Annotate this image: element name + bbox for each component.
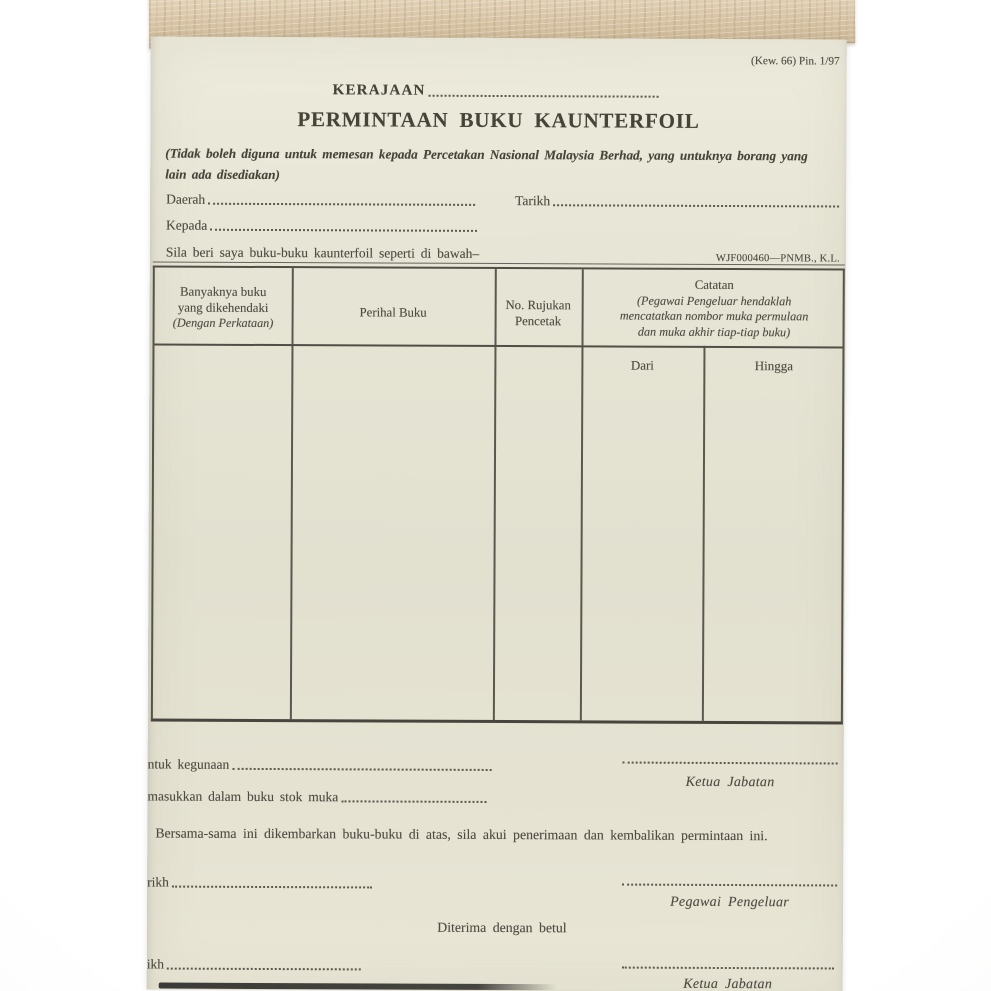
restriction-note-line2: lain ada disediakan) bbox=[165, 164, 841, 188]
kepada-dotted-line bbox=[210, 229, 477, 232]
kerajaan-label: KERAJAAN bbox=[333, 82, 426, 99]
date-label-1: rikh bbox=[147, 874, 169, 890]
col-printer-ref-line1: No. Rujukan bbox=[495, 298, 582, 314]
photo-of-form: { "colors": { "background": "#fbfbfb", "… bbox=[0, 0, 991, 991]
daerah-label: Daerah bbox=[166, 192, 205, 208]
head-of-department-label: Ketua Jabatan bbox=[623, 775, 838, 792]
issuing-officer-signature-line bbox=[622, 871, 837, 887]
date-field-2: ikh bbox=[147, 956, 363, 973]
col-quantity-line3: (Dengan Perkataan) bbox=[155, 316, 292, 332]
usage-field: ntuk kegunaan bbox=[148, 756, 494, 774]
col-notes-title: Catatan bbox=[582, 277, 847, 294]
form-title: PERMINTAAN BUKU KAUNTERFOIL bbox=[150, 106, 846, 134]
date-dotted-line-2 bbox=[167, 968, 361, 971]
col-printer-ref-header: No. Rujukan Pencetak bbox=[495, 298, 582, 329]
tarikh-field: Tarikh bbox=[515, 193, 841, 210]
kerajaan-dotted-line bbox=[429, 95, 659, 98]
col-quantity-line2: yang dikehendaki bbox=[155, 300, 292, 316]
kepada-label: Kepada bbox=[166, 218, 207, 234]
table-header-rule bbox=[154, 344, 842, 349]
pad-edge-shadow bbox=[159, 983, 557, 991]
restriction-note: (Tidak boleh diguna untuk memesan kepada… bbox=[165, 143, 841, 188]
head-of-department-signature-line-2 bbox=[622, 954, 834, 970]
head-of-department-label-2: Ketua Jabatan bbox=[622, 977, 834, 991]
col-notes-line2: mencatatkan nombor muka permulaan bbox=[582, 308, 847, 325]
date-field-1: rikh bbox=[147, 874, 374, 891]
instruction-text: Sila beri saya buku-buku kaunterfoil sep… bbox=[166, 245, 479, 262]
stock-book-label: masukkan dalam buku stok muka bbox=[147, 788, 338, 805]
tarikh-dotted-line bbox=[553, 204, 839, 207]
col-notes-line3: dan muka akhir tiap-tiap buku) bbox=[582, 324, 847, 341]
issuing-officer-label: Pegawai Pengeluar bbox=[622, 895, 837, 912]
daerah-field: Daerah bbox=[166, 192, 477, 209]
col-notes-line1: (Pegawai Pengeluar hendaklah bbox=[582, 293, 847, 310]
restriction-note-line1: (Tidak boleh diguna untuk memesan kepada… bbox=[165, 143, 841, 167]
usage-label: ntuk kegunaan bbox=[148, 756, 230, 772]
head-of-department-signature-line bbox=[623, 749, 838, 765]
stock-book-dotted-line bbox=[341, 800, 486, 803]
usage-dotted-line bbox=[232, 768, 491, 771]
col-quantity-header: Banyaknya buku yang dikehendaki (Dengan … bbox=[155, 285, 292, 332]
tarikh-label: Tarikh bbox=[515, 193, 550, 209]
printer-reference: WJF000460—PNMB., K.L. bbox=[716, 253, 840, 265]
kerajaan-row: KERAJAAN bbox=[333, 82, 661, 100]
form-sheet: (Kew. 66) Pin. 1/97 KERAJAAN PERMINTAAN … bbox=[147, 36, 847, 991]
request-table: Banyaknya buku yang dikehendaki (Dengan … bbox=[151, 265, 845, 724]
col-description-header: Perihal Buku bbox=[292, 305, 495, 321]
date-label-2: ikh bbox=[147, 956, 164, 972]
daerah-dotted-line bbox=[208, 203, 475, 206]
date-dotted-line-1 bbox=[172, 886, 372, 889]
stock-book-field: masukkan dalam buku stok muka bbox=[147, 788, 488, 805]
return-instruction: Bersama-sama ini dikembarkan buku-buku d… bbox=[155, 826, 839, 845]
table-empty-body bbox=[153, 368, 843, 722]
received-correctly-text: Diterima dengan betul bbox=[147, 918, 847, 937]
col-printer-ref-line2: Pencetak bbox=[495, 313, 582, 329]
kepada-field: Kepada bbox=[166, 218, 479, 235]
col-quantity-line1: Banyaknya buku bbox=[155, 285, 292, 301]
col-notes-header: Catatan (Pegawai Pengeluar hendaklah men… bbox=[582, 277, 847, 340]
form-code: (Kew. 66) Pin. 1/97 bbox=[751, 55, 840, 67]
